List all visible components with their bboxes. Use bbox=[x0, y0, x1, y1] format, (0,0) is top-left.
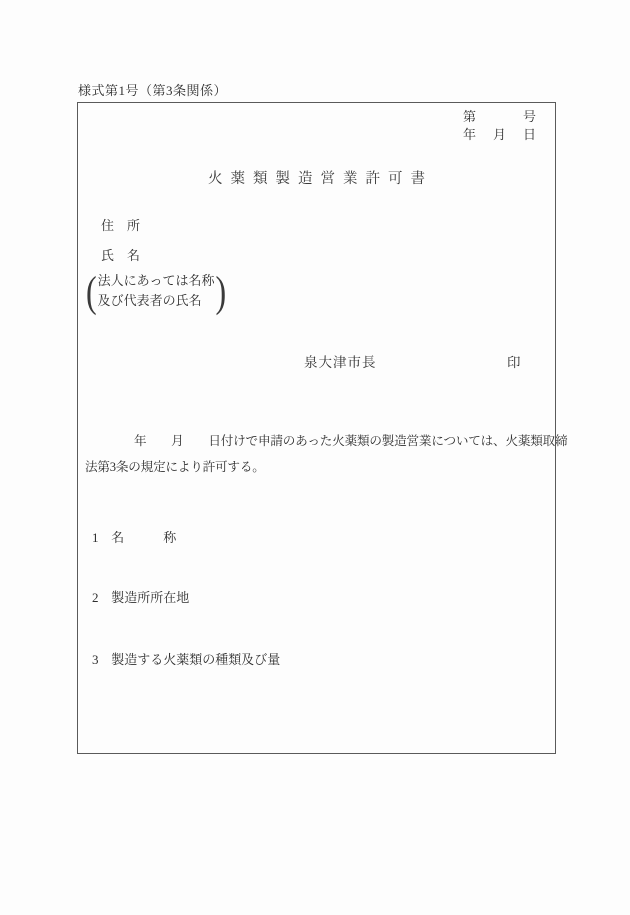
doc-number-suffix: 号 bbox=[523, 108, 536, 126]
name-label: 氏 名 bbox=[101, 245, 140, 264]
item-row-factory-location: 2 製造所所在地 bbox=[92, 587, 189, 606]
month-label: 月 bbox=[493, 126, 506, 144]
permit-form-page: 様式第1号（第3条関係） 第 号 年 月 日 火薬類製造営業許可書 住 所 氏 … bbox=[0, 0, 630, 915]
permit-document-box: 第 号 年 月 日 火薬類製造営業許可書 住 所 氏 名 ( 法人にあっては名称… bbox=[77, 102, 556, 754]
item-number: 3 bbox=[92, 652, 108, 668]
corporate-note: ( 法人にあっては名称 及び代表者の氏名 ) bbox=[85, 269, 227, 313]
permit-body-paragraph: 年 月 日付けで申請のあった火薬類の製造営業については、火薬類取締 法第3条の規… bbox=[85, 428, 553, 480]
address-label: 住 所 bbox=[101, 215, 140, 234]
corporate-note-line1: 法人にあっては名称 bbox=[98, 271, 215, 291]
document-number-line: 第 号 bbox=[463, 108, 536, 126]
date-line: 年 月 日 bbox=[463, 126, 536, 144]
document-number-date-block: 第 号 年 月 日 bbox=[463, 108, 536, 143]
document-title: 火薬類製造営業許可書 bbox=[78, 167, 555, 188]
issuer-name: 泉大津市長 bbox=[304, 351, 377, 371]
form-number-label: 様式第1号（第3条関係） bbox=[78, 80, 227, 99]
item-number: 2 bbox=[92, 590, 108, 606]
permit-body-line1: 年 月 日付けで申請のあった火薬類の製造営業については、火薬類取締 bbox=[85, 428, 553, 454]
permit-body-line2: 法第3条の規定により許可する。 bbox=[85, 454, 553, 480]
item-label: 製造所所在地 bbox=[111, 590, 189, 605]
item-row-name: 1 名 称 bbox=[92, 527, 176, 546]
corporate-note-line2: 及び代表者の氏名 bbox=[98, 291, 215, 311]
seal-mark: 印 bbox=[507, 351, 521, 371]
corporate-note-lines: 法人にあっては名称 及び代表者の氏名 bbox=[98, 271, 215, 311]
item-label: 名 称 bbox=[111, 530, 176, 545]
item-row-explosive-types: 3 製造する火薬類の種類及び量 bbox=[92, 649, 280, 668]
left-bracket: ( bbox=[85, 261, 98, 320]
item-number: 1 bbox=[92, 530, 108, 546]
year-label: 年 bbox=[463, 126, 476, 144]
item-label: 製造する火薬類の種類及び量 bbox=[111, 652, 280, 667]
doc-number-prefix: 第 bbox=[463, 108, 476, 126]
day-label: 日 bbox=[523, 126, 536, 144]
right-bracket: ) bbox=[215, 261, 228, 320]
